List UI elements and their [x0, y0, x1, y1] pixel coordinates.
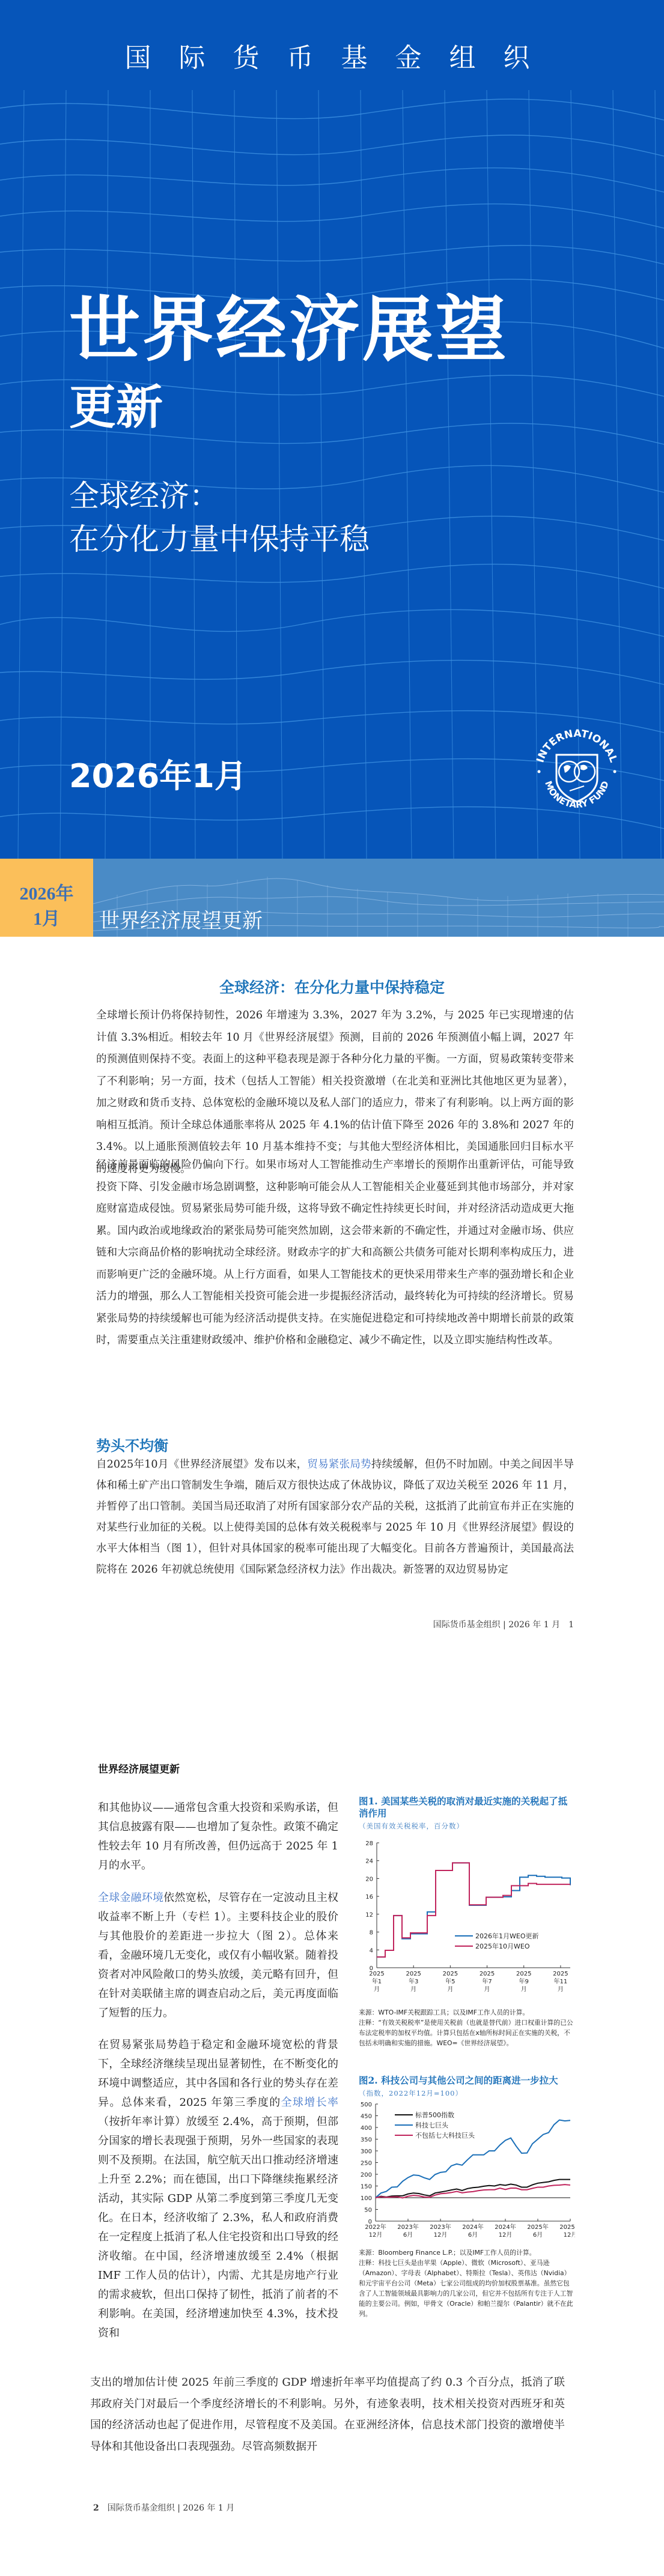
cover: 国际货币基金组织 世界经济展望 更新 全球经济： 在分化力量中保持平稳 2026… — [0, 0, 664, 859]
svg-text:标普500指数: 标普500指数 — [415, 2111, 454, 2119]
svg-text:12月: 12月 — [434, 2231, 448, 2239]
figure-2-subtitle: （指数，2022年12月=100） — [359, 2088, 575, 2098]
svg-text:年5: 年5 — [445, 1977, 455, 1985]
figure-2-chart: 0501001502002503003504004505002022年12月20… — [359, 2098, 575, 2245]
svg-text:MONETARY FUND: MONETARY FUND — [543, 779, 611, 810]
svg-text:2025: 2025 — [369, 1971, 384, 1977]
svg-text:2026年1月WEO更新: 2026年1月WEO更新 — [475, 1932, 538, 1940]
figure-1-chart: 04812162024282025年1月2025年3月2025年5月2025年7… — [359, 1831, 575, 2005]
organization-name: 国际货币基金组织 — [0, 36, 664, 74]
link-trade-tensions[interactable]: 贸易紧张局势 — [307, 1459, 371, 1471]
svg-text:150: 150 — [361, 2184, 372, 2191]
paragraph-text: 持续缓解，但仍不时加剧。中美之间因半导体和稀土矿产出口管制发生争端，随后双方很快… — [96, 1459, 574, 1576]
svg-text:2025: 2025 — [516, 1971, 531, 1977]
paragraph-global-growth: 在贸易紧张局势趋于稳定和金融环境宽松的背景下，全球经济继续呈现出显著韧性，在不断… — [98, 2036, 338, 2343]
svg-text:不包括七大科技巨头: 不包括七大科技巨头 — [415, 2131, 475, 2139]
svg-text:2025: 2025 — [443, 1971, 458, 1977]
paragraph-text: 自2025年10月《世界经济展望》发布以来， — [96, 1459, 307, 1471]
svg-text:2025: 2025 — [553, 1971, 568, 1977]
paragraph-trade-tensions: 自2025年10月《世界经济展望》发布以来，贸易紧张局势持续缓解，但仍不时加剧。… — [96, 1454, 574, 1580]
paragraph-risks: 经济前景面临的风险仍偏向下行。如果市场对人工智能推动生产率增长的预期作出重新评估… — [96, 1154, 574, 1352]
svg-text:12月: 12月 — [499, 2231, 513, 2239]
svg-text:2025年10月WEO: 2025年10月WEO — [475, 1942, 530, 1950]
banner-title: 世界经济展望更新 — [99, 904, 263, 934]
page-banner: 2026年 1月 世界经济展望更新 — [0, 859, 664, 937]
svg-text:24: 24 — [365, 1858, 373, 1865]
figure-1-notes: 来源：WTO-IMF关税跟踪工具；以及IMF工作人员的计算。 注释：“有效关税税… — [359, 2007, 575, 2048]
paragraph-text: （按折年率计算）放缓至 2.4%，高于预期，但部分国家的增长表现强于预期，另外一… — [98, 2115, 338, 2339]
seal-top-text: INTERNATIONAL — [534, 728, 619, 764]
svg-text:200: 200 — [361, 2172, 372, 2178]
svg-text:年1: 年1 — [372, 1977, 382, 1985]
svg-text:300: 300 — [361, 2148, 372, 2155]
figure-1-title: 图1. 美国某些关税的取消对最近实施的关税起了抵消作用 — [359, 1795, 575, 1819]
figure-1-subtitle: （美国有效关税税率，百分数） — [359, 1821, 575, 1831]
svg-text:12: 12 — [365, 1912, 373, 1918]
svg-text:500: 500 — [361, 2102, 372, 2108]
page-footer-1: 国际货币基金组织 | 2026 年 1 月 1 — [421, 1618, 574, 1630]
svg-text:科技七巨头: 科技七巨头 — [415, 2121, 449, 2129]
svg-text:月: 月 — [410, 1986, 416, 1993]
paragraph-us-tech-investment: 支出的增加估计使 2025 年前三季度的 GDP 增速折年率平均值提高了约 0.… — [90, 2372, 565, 2457]
svg-text:2022年: 2022年 — [365, 2223, 386, 2231]
report-title: 世界经济展望 — [69, 294, 509, 365]
banner-date-year: 2026年 — [0, 881, 93, 907]
figure-2-note: 注释：科技七巨头是由苹果（Apple）、微软（Microsoft）、亚马逊（Am… — [359, 2258, 575, 2319]
svg-text:12月: 12月 — [369, 2231, 383, 2239]
svg-text:2023年: 2023年 — [430, 2223, 451, 2231]
svg-text:年9: 年9 — [519, 1977, 529, 1985]
svg-text:月: 月 — [447, 1986, 453, 1993]
report-date: 2026年1月 — [69, 751, 247, 797]
svg-text:月: 月 — [521, 1986, 527, 1993]
svg-text:月: 月 — [558, 1986, 564, 1993]
imf-seal-icon: INTERNATIONAL MONETARY FUND — [529, 724, 625, 820]
link-financial-conditions[interactable]: 全球金融环境 — [98, 1891, 163, 1904]
figure-1: 图1. 美国某些关税的取消对最近实施的关税起了抵消作用 （美国有效关税税率，百分… — [359, 1795, 575, 2048]
svg-text:年3: 年3 — [409, 1977, 418, 1985]
svg-text:月: 月 — [484, 1986, 490, 1993]
seal-bottom-text: MONETARY FUND — [543, 779, 611, 810]
svg-text:450: 450 — [361, 2114, 372, 2120]
paragraph-text: 依然宽松，尽管存在一定波动且主权收益率不断上升（专栏 1）。主要科技企业的股价与… — [98, 1891, 338, 2019]
svg-text:月: 月 — [374, 1986, 380, 1993]
svg-text:20: 20 — [365, 1876, 373, 1882]
svg-text:2025: 2025 — [480, 1971, 495, 1977]
report-subtitle: 更新 — [69, 384, 163, 431]
svg-text:50: 50 — [364, 2207, 372, 2214]
svg-text:INTERNATIONAL: INTERNATIONAL — [534, 728, 619, 764]
tagline-line-2: 在分化力量中保持平稳 — [69, 518, 370, 561]
figure-2: 图2. 科技公司与其他公司之间的距离进一步拉大 （指数，2022年12月=100… — [359, 2075, 575, 2319]
svg-text:2024年: 2024年 — [495, 2223, 516, 2231]
svg-text:350: 350 — [361, 2137, 372, 2144]
svg-text:2025: 2025 — [406, 1971, 421, 1977]
svg-text:400: 400 — [361, 2125, 372, 2132]
banner-date: 2026年 1月 — [0, 859, 93, 937]
svg-text:年11: 年11 — [554, 1977, 568, 1985]
banner-date-month: 1月 — [0, 907, 93, 932]
svg-text:250: 250 — [361, 2160, 372, 2167]
svg-text:6月: 6月 — [533, 2231, 543, 2239]
figure-2-title: 图2. 科技公司与其他公司之间的距离进一步拉大 — [359, 2075, 575, 2087]
tagline-line-1: 全球经济： — [69, 474, 370, 518]
svg-text:4: 4 — [370, 1947, 373, 1954]
figure-2-source: 来源：Bloomberg Finance L.P.；以及IMF工作人员的计算。 — [359, 2248, 575, 2258]
running-head: 世界经济展望更新 — [98, 1761, 180, 1776]
svg-text:2024年: 2024年 — [462, 2223, 483, 2231]
report-tagline: 全球经济： 在分化力量中保持平稳 — [69, 474, 370, 561]
footer-text: 国际货币基金组织 | 2026 年 1 月 — [108, 2503, 235, 2513]
svg-text:6月: 6月 — [468, 2231, 478, 2239]
subheading-uneven-momentum: 势头不均衡 — [96, 1434, 168, 1455]
page-number: 2 — [93, 2503, 99, 2513]
figure-2-notes: 来源：Bloomberg Finance L.P.；以及IMF工作人员的计算。 … — [359, 2248, 575, 2319]
figure-1-note: 注释：“有效关税税率”是使用关税前（也就是替代前）进口权重计算的已公布法定税率的… — [359, 2018, 575, 2048]
svg-text:2025年: 2025年 — [559, 2223, 575, 2231]
link-global-growth[interactable]: 全球增长率 — [281, 2096, 338, 2109]
svg-text:28: 28 — [365, 1840, 373, 1847]
svg-text:100: 100 — [361, 2195, 372, 2202]
svg-text:16: 16 — [365, 1894, 373, 1900]
svg-text:6月: 6月 — [403, 2231, 413, 2239]
section-title: 全球经济：在分化力量中保持稳定 — [90, 976, 574, 997]
svg-text:12月: 12月 — [564, 2231, 575, 2239]
svg-text:2023年: 2023年 — [397, 2223, 418, 2231]
figure-1-source: 来源：WTO-IMF关税跟踪工具；以及IMF工作人员的计算。 — [359, 2007, 575, 2018]
paragraph-financial-conditions: 全球金融环境依然宽松，尽管存在一定波动且主权收益率不断上升（专栏 1）。主要科技… — [98, 1888, 338, 2023]
paragraph-agreements: 和其他协议——通常包含重大投资和采购承诺，但其信息披露有限——也增加了复杂性。政… — [98, 1798, 338, 1875]
page-footer-2: 2国际货币基金组织 | 2026 年 1 月 — [93, 2502, 234, 2514]
svg-text:年7: 年7 — [482, 1977, 492, 1985]
svg-text:2025年: 2025年 — [527, 2223, 548, 2231]
svg-text:8: 8 — [370, 1930, 373, 1937]
